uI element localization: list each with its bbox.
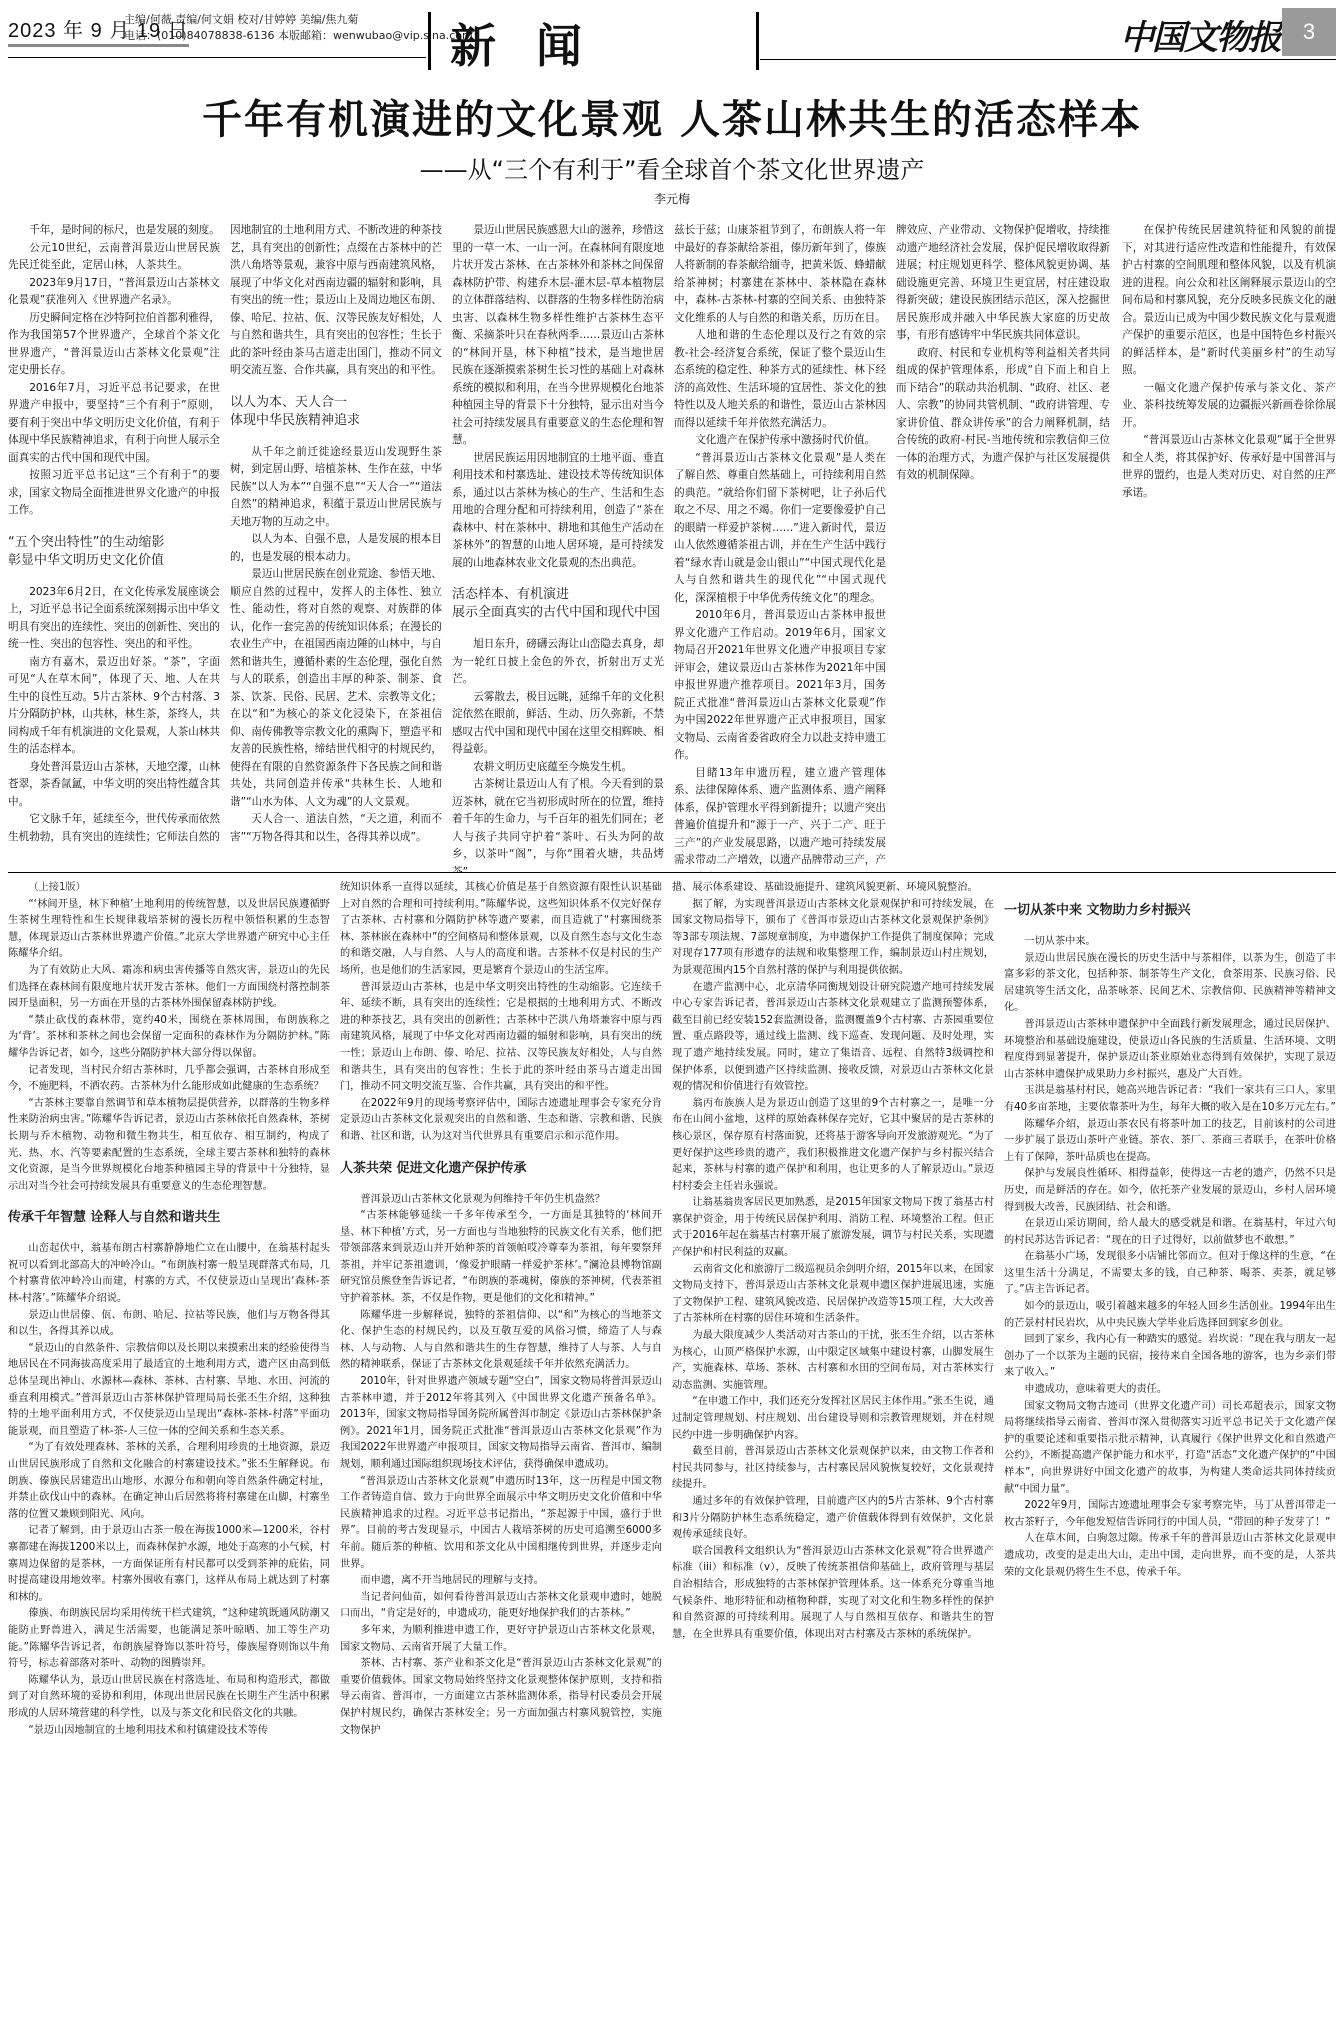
- section-divider-horizontal: [8, 872, 1336, 873]
- continued-from-note: （上接1版）: [8, 880, 330, 897]
- article-author: 李元梅: [0, 190, 1344, 207]
- paragraph: 一幅文化遗产保护传承与茶文化、茶产业、茶科技统筹发展的边疆振兴新画卷徐徐展开。: [1122, 380, 1336, 433]
- paragraph: “为了有效处理森林、茶林的关系，合理利用珍贵的土地资源，景迈山世居民族形成了自然…: [8, 1440, 330, 1523]
- section-heading-line2: 彰显中华文明历史文化价值: [8, 553, 164, 568]
- paragraph: 云南省文化和旅游厅二级巡视员余剑明介绍，2015年以来，在国家文物局支持下，普洱…: [672, 1262, 994, 1328]
- paragraph: “普洱景迈山古茶林文化景观”属于全世界和全人类，将其保护好、传承好是中国普洱与世…: [1122, 432, 1336, 502]
- paragraph: 国家文物局文物古迹司（世界文化遗产司）司长邓超表示，国家文物局将继续指导云南省、…: [1004, 1399, 1336, 1499]
- section-divider-left: [428, 12, 431, 70]
- paragraph: 云雾散去，极目远眺，延绵千年的文化积淀依然在眼前，鲜活、生动、历久弥新，不禁感叹…: [452, 689, 664, 759]
- paragraph: “普洱景迈山古茶林文化景观”是人类在了解自然、尊重自然基础上，可持续利用自然的典…: [674, 450, 886, 608]
- upper-column-2: 因地制宜的土地利用方式、不断改进的种茶技艺，具有突出的创新性；点缀在古茶林中的芒…: [230, 222, 442, 872]
- paragraph: 联合国教科文组织认为“普洱景迈山古茶林文化景观”符合世界遗产标准（iii）和标准…: [672, 1544, 994, 1644]
- paragraph: 景迈山世居民族在创业荒途、参悟天地、顺应自然的过程中，发挥人的主体性、独立性、能…: [230, 566, 442, 811]
- paragraph: “‘林间开垦，林下种植’土地利用的传统智慧，以及世居民族遵循野生茶树生理特性和生…: [8, 897, 330, 963]
- section-heading-line2: 体现中华民族精神追求: [230, 413, 360, 428]
- paragraph: 记者了解到，由于景迈山古茶一般在海拔1000米—1200米，谷村寨都建在海拔12…: [8, 1523, 330, 1606]
- paragraph: “景迈山的自然条件、宗教信仰以及长期以来摸索出来的经验使得当地居民在不同海拔高度…: [8, 1341, 330, 1441]
- paragraph: 在遗产监测中心，北京清华同衡规划设计研究院遗产地可持续发展中心专家告诉记者，普洱…: [672, 980, 994, 1096]
- paragraph: 记者发现，当村民介绍古茶林时，几乎都会强调，古茶林自形成至今，不施肥料，不洒农药…: [8, 1063, 330, 1096]
- paragraph: 普洱景迈山古茶林申遗保护中全面践行新发展理念，通过民居保护、环境整治和基础设施建…: [1004, 1017, 1336, 1083]
- paragraph: 玉洪是翁基村村民，她高兴地告诉记者：“我们一家共有三口人，家里有40多亩茶地，主…: [1004, 1083, 1336, 1116]
- paragraph: 措、展示体系建设、基础设施提升、建筑风貌更新、环境风貌整治。: [672, 880, 994, 897]
- newspaper-logo: 中国文物报: [1120, 10, 1280, 59]
- section-heading: 以人为本、天人合一 体现中华民族精神追求: [230, 394, 442, 430]
- paragraph: 截至目前，普洱景迈山古茶林文化景观保护以来，由文物工作者和村民共同参与，社区持续…: [672, 1444, 994, 1494]
- section-heading: “五个突出特性”的生动缩影 彰显中华文明历史文化价值: [8, 534, 220, 570]
- paragraph: “古茶林主要靠自然调节和草本植物层提供营养，以群落的生物多样性来防治病虫害。”陈…: [8, 1096, 330, 1196]
- paragraph: 政府、村民和专业机构等利益相关者共同组成的保护管理体系，形成“自下而上和自上而下…: [896, 345, 1110, 485]
- section-heading: 人茶共荣 促进文化遗产保护传承: [340, 1160, 662, 1178]
- upper-column-4: 兹长于兹；山康茶祖节到了，布朗族人将一年中最好的春茶献给茶祖，傣历新年到了，傣族…: [674, 222, 886, 872]
- paragraph: 以人为本、自强不息，人是发展的根本目的，也是发展的根本动力。: [230, 531, 442, 566]
- paragraph: 茶林、古村寨、茶产业和茶文化是“普洱景迈山古茶林文化景观”的重要价值载体。国家文…: [340, 1656, 662, 1739]
- paragraph: 在景迈山采访期间，给人最大的感受就是和谐。在翁基村，年过六旬的村民苏达告诉记者：…: [1004, 1216, 1336, 1249]
- section-heading-line1: 活态样本、有机演进: [452, 587, 569, 602]
- masthead-rule-right: [760, 59, 1336, 60]
- paragraph: 据了解，为实现普洱景迈山古茶林文化景观保护和可持续发展，在国家文物局指导下，颁布…: [672, 897, 994, 980]
- paragraph: 千年，是时间的标尺，也是发展的刻度。: [8, 222, 220, 240]
- paragraph: “禁止砍伐的森林带，宽约40米，围绕在茶林周围，布朗族称之为‘背’。茶林和茶林之…: [8, 1013, 330, 1063]
- paragraph: 翁丙布族族人是为景迈山创造了这里的9个古村寨之一，是唯一分布在山间小盆地，这样的…: [672, 1096, 994, 1196]
- section-heading: 活态样本、有机演进 展示全面真实的古代中国和现代中国: [452, 586, 664, 622]
- paragraph: 牌效应、产业带动、文物保护促增收，持续推动遗产地经济社会发展，保护促民增收取得新…: [896, 222, 1110, 345]
- paragraph: 世居民族运用因地制宜的土地平面、垂直利用技术和村寨选址、建设技术等传统知识体系，…: [452, 450, 664, 573]
- paragraph: 普洱景迈山古茶林文化景观为何维持千年仍生机盎然？: [340, 1192, 662, 1209]
- paragraph: 一切从茶中来。: [1004, 934, 1336, 951]
- paragraph: 多年来，为顺利推进申遗工作，更好守护景迈山古茶林文化景观，国家文物局、云南省开展…: [340, 1623, 662, 1656]
- lower-column-3: 措、展示体系建设、基础设施提升、建筑风貌更新、环境风貌整治。 据了解，为实现普洱…: [672, 880, 994, 2030]
- paragraph: 陈耀华认为，景迈山世居民族在村落选址、布局和构造形式，都做到了对自然环境的妥协和…: [8, 1673, 330, 1723]
- paragraph: 2023年6月2日，在文化传承发展座谈会上，习近平总书记全面系统深刻揭示出中华文…: [8, 584, 220, 654]
- section-heading-line2: 展示全面真实的古代中国和现代中国: [452, 605, 660, 620]
- masthead: 2023 年 9 月 19 日 主编/何薇 责编/何文娟 校对/甘婷婷 美编/焦…: [0, 0, 1344, 64]
- section-heading-line1: “五个突出特性”的生动缩影: [8, 535, 164, 550]
- section-divider-right: [756, 12, 759, 70]
- paragraph: 目睹13年申遗历程，建立遗产管理体系、法律保障体系、遗产监测体系、遗产阐释体系，…: [674, 765, 886, 873]
- upper-column-5: 牌效应、产业带动、文物保护促增收，持续推动遗产地经济社会发展，保护促民增收取得新…: [896, 222, 1336, 872]
- paragraph: 2010年，针对世界遗产领域专题“空白”，国家文物局将普洱景迈山古茶林申遗，并于…: [340, 1374, 662, 1474]
- paragraph: “普洱景迈山古茶林文化景观”申遗历时13年，这一历程是中国文物工作者铸造自信、致…: [340, 1474, 662, 1574]
- paragraph: 公元10世纪，云南普洱景迈山世居民族先民迁徙至此，定居山林，人茶共生。: [8, 240, 220, 275]
- paragraph: “古茶林能够延续一千多年传承至今，一方面是其独特的‘林间开垦、林下种植’方式，另…: [340, 1208, 662, 1308]
- paragraph: 山峦起伏中，翁基布朗古村寨静静地伫立在山腰中，在翁基村起头祝可以看到北部高大的冲…: [8, 1241, 330, 1307]
- paragraph: 当记者问仙苗，如何看待普洱景迈山古茶林文化景观申遗时，她脱口而出，“肯定是好的，…: [340, 1590, 662, 1623]
- paragraph: 天人合一、道法自然，“天之道，利而不害”“万物各得其和以生，各得其养以成”。: [230, 811, 442, 846]
- paragraph: 南方有嘉木，景迈出好茶。“茶”，字面可见“人在草木间”，体现了天、地、人在共生中…: [8, 654, 220, 759]
- editorial-credits: 主编/何薇 责编/何文娟 校对/甘婷婷 美编/焦九菊 电话：(010)84078…: [124, 12, 473, 44]
- paragraph: 申遗成功，意味着更大的责任。: [1004, 1382, 1336, 1399]
- upper-column-1: 千年，是时间的标尺，也是发展的刻度。 公元10世纪，云南普洱景迈山世居民族先民迁…: [8, 222, 220, 872]
- paragraph: 在2022年9月的现场考察评估中，国际古迹遗址理事会专家充分肯定景迈山古茶林文化…: [340, 1096, 662, 1146]
- paragraph: 保护与发展良性循环、相得益彰，使得这一古老的遗产，仍然不只是历史，而是鲜活的存在…: [1004, 1166, 1336, 1216]
- paragraph: 兹长于兹；山康茶祖节到了，布朗族人将一年中最好的春茶献给茶祖，傣历新年到了，傣族…: [674, 222, 886, 327]
- paragraph: “景迈山因地制宜的土地利用技术和村镇建设技术等传: [8, 1723, 330, 1740]
- credits-contact: 电话：(010)84078838-6136 本版邮箱：wenwubao@vip.…: [124, 28, 473, 44]
- paragraph: 农耕文明历史底蕴至今焕发生机。: [452, 759, 664, 777]
- paragraph: 回到了家乡，我内心有一种踏实的感觉。岩坎说：“现在我与朋友一起创办了一个以茶为主…: [1004, 1332, 1336, 1382]
- paragraph: 通过多年的有效保护管理，目前遗产区内的5片古茶林、9个古村寨和3片分隔防护林生态…: [672, 1494, 994, 1544]
- lower-column-2: 统知识体系一直得以延续，其核心价值是基于自然资源有限性认识基础上对自然的合理和可…: [340, 880, 662, 2030]
- masthead-rule-left: [8, 57, 426, 58]
- paragraph: 为最大限度减少人类活动对古茶山的干扰，张丕生介绍，以古茶林为核心，山顶严格保护水…: [672, 1328, 994, 1394]
- paragraph: “在申遗工作中，我们还充分发挥社区居民主体作用。”张丕生说，通过制定管理规划、村…: [672, 1394, 994, 1444]
- paragraph: 人地和谐的生态伦理以及行之有效的宗教-社会-经济复合系统，保证了整个景迈山生态系…: [674, 327, 886, 432]
- paragraph: 人在草木间，白驹忽过隙。传承千年的普洱景迈山古茶林文化景观申遗成功，改变的是走出…: [1004, 1531, 1336, 1581]
- upper-column-3: 景迈山世居民族感恩大山的滋养，珍惜这里的一草一木、一山一河。在森林间有限度地片状…: [452, 222, 664, 872]
- paragraph: 旭日东升，磅礴云海让山峦隐去真身，却为一轮红日披上金色的外衣，折射出万丈光芒。: [452, 636, 664, 689]
- paragraph: 为了有效防止大风、霜冻和病虫害传播等自然灾害，景迈山的先民们选择在森林间有限度地…: [8, 963, 330, 1013]
- paragraph: 按照习近平总书记这“三个有利于”的要求，国家文物局全面推进世界文化遗产的申报工作…: [8, 467, 220, 520]
- paragraph: 让翁基翁贵客居民更加熟悉，是2015年国家文物局下拨了翁基古村寨保护资金，用于传…: [672, 1195, 994, 1261]
- paragraph: 景迈山世居民族感恩大山的滋养，珍惜这里的一草一木、一山一河。在森林间有限度地片状…: [452, 222, 664, 450]
- paragraph: 2022年9月，国际古迹遗址理事会专家考察完毕，马丁从普洱带走一枚古茶籽子，今年…: [1004, 1498, 1336, 1531]
- paragraph: 文化遗产在保护传承中激扬时代价值。: [674, 432, 886, 450]
- paragraph: 而申遗，离不开当地居民的理解与支持。: [340, 1573, 662, 1590]
- page-number-badge: 3: [1282, 8, 1336, 56]
- section-heading: 一切从茶中来 文物助力乡村振兴: [1004, 902, 1336, 920]
- article-subheadline: ——从“三个有利于”看全球首个茶文化世界遗产: [0, 150, 1344, 185]
- lower-column-1: （上接1版） “‘林间开垦，林下种植’土地利用的传统智慧，以及世居民族遵循野生茶…: [8, 880, 330, 2030]
- paragraph: 古茶树让景迈山人有了根。今天看到的景迈茶林，就在它当初形成时所在的位置，维持着千…: [452, 776, 664, 872]
- section-name: 新闻: [450, 10, 622, 76]
- paragraph: 在翁基小广场，发现很多小店铺比邻而立。但对于像这样的生意，“在这里生活十分满足，…: [1004, 1249, 1336, 1299]
- credits-editors: 主编/何薇 责编/何文娟 校对/甘婷婷 美编/焦九菊: [124, 12, 473, 28]
- paragraph: 从千年之前迁徙途经景迈山发现野生茶树，到定居山野、培植茶林、生作在兹，中华民族“…: [230, 444, 442, 532]
- paragraph: 历史瞬间定格在沙特阿拉伯首都利雅得，作为我国第57个世界遗产，全球首个茶文化世界…: [8, 310, 220, 380]
- article-headline: 千年有机演进的文化景观 人茶山林共生的活态样本: [0, 88, 1344, 145]
- paragraph: 陈耀华介绍，景迈山茶农民有将茶叶加工的技艺，目前该村的公司进一步扩展了景迈山茶叶…: [1004, 1117, 1336, 1167]
- paragraph: 傣族、布朗族民居均采用传统干栏式建筑，“这种建筑既通风防潮又能防止野兽进入，满足…: [8, 1606, 330, 1672]
- paragraph: 景迈山世居傣、佤、布朗、哈尼、拉祜等民族，他们与万物各得其和以生，各得其养以成。: [8, 1308, 330, 1341]
- paragraph: 身处普洱景迈山古茶林，天地空濛，山林苍翠，茶香氤氲，中华文明的突出特性蕴含其中。: [8, 759, 220, 812]
- section-heading: 传承千年智慧 诠释人与自然和谐共生: [8, 1209, 330, 1227]
- paragraph: 在保护传统民居建筑特征和风貌的前提下，对其进行适应性改造和性能提升，有效保护古村…: [1122, 222, 1336, 380]
- paragraph: 因地制宜的土地利用方式、不断改进的种茶技艺，具有突出的创新性；点缀在古茶林中的芒…: [230, 222, 442, 380]
- paragraph: 如今的景迈山，吸引着越来越多的年轻人回乡生活创业。1994年出生的芒景村村民岩坎…: [1004, 1299, 1336, 1332]
- paragraph: 景迈山世居民族在漫长的历史生活中与茶相伴，以茶为生，创造了丰富多彩的茶文化，包括…: [1004, 951, 1336, 1017]
- paragraph: 陈耀华进一步解释说，独特的茶祖信仰、以“和”为核心的当地茶文化、保护生态的村规民…: [340, 1308, 662, 1374]
- paragraph: 普洱景迈山古茶林，也是中华文明突出特性的生动缩影。它连续千年、延续不断，具有突出…: [340, 980, 662, 1096]
- paragraph: 2023年9月17日，“普洱景迈山古茶林文化景观”获准列入《世界遗产名录》。: [8, 275, 220, 310]
- lower-column-4: 一切从茶中来 文物助力乡村振兴 一切从茶中来。 景迈山世居民族在漫长的历史生活中…: [1004, 880, 1336, 2030]
- paragraph: 它文脉千年，延续至今，世代传承而依然生机勃勃，具有突出的连续性；它师法自然的: [8, 811, 220, 846]
- paragraph: 2016年7月，习近平总书记要求，在世界遗产申报中，要坚持“三个有利于”原则，要…: [8, 380, 220, 468]
- section-heading-line1: 以人为本、天人合一: [230, 395, 347, 410]
- paragraph: 统知识体系一直得以延续，其核心价值是基于自然资源有限性认识基础上对自然的合理和可…: [340, 880, 662, 980]
- paragraph: 2010年6月，普洱景迈山古茶林申报世界文化遗产工作启动。2019年6月，国家文…: [674, 607, 886, 765]
